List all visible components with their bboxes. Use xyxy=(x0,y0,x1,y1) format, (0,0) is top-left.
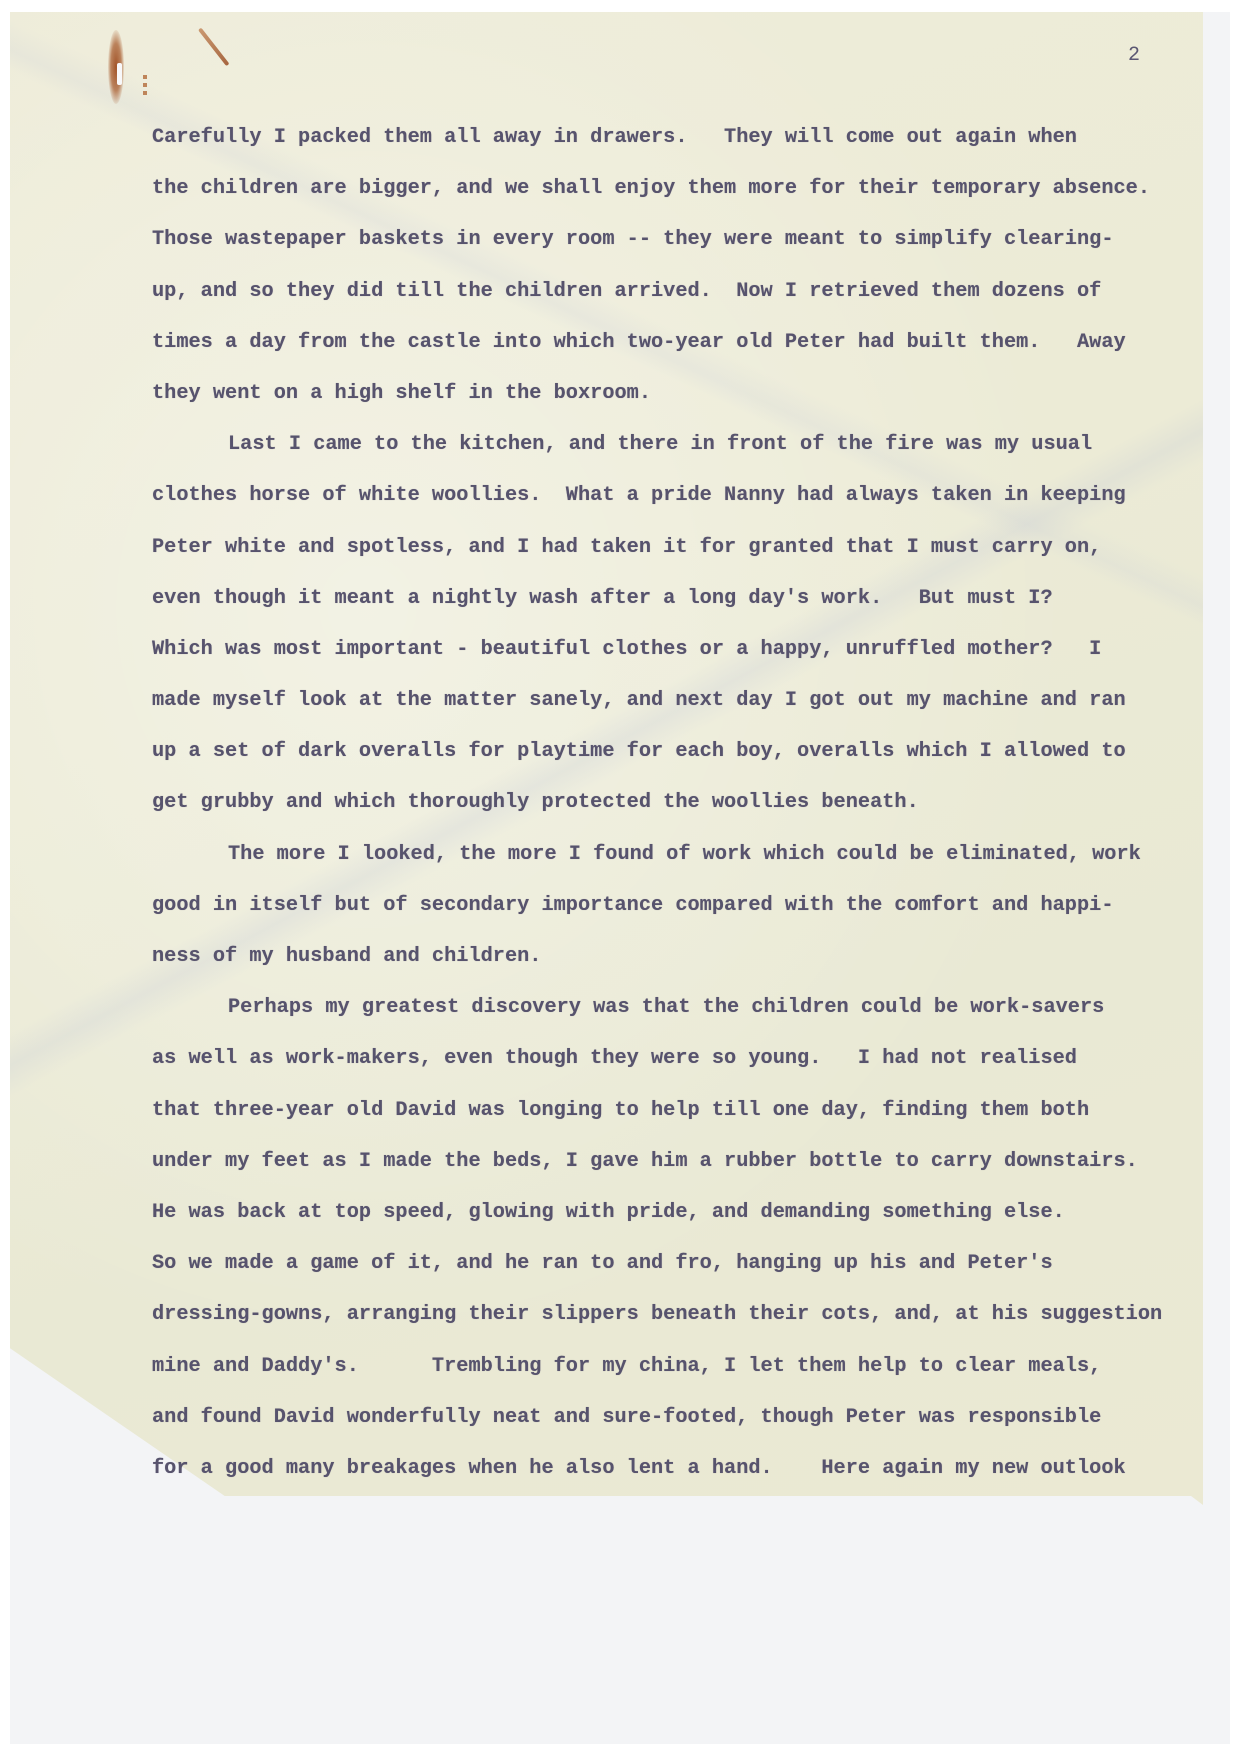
text-line: made myself look at the matter sanely, a… xyxy=(152,675,1212,726)
text-line: dressing-gowns, arranging their slippers… xyxy=(152,1289,1212,1340)
text-line: Those wastepaper baskets in every room -… xyxy=(152,214,1212,265)
text-line: that three-year old David was longing to… xyxy=(152,1085,1212,1136)
text-line: they went on a high shelf in the boxroom… xyxy=(152,368,1212,419)
text-line: as well as work-makers, even though they… xyxy=(152,1033,1212,1084)
text-line: get grubby and which thoroughly protecte… xyxy=(152,777,1212,828)
text-line: The more I looked, the more I found of w… xyxy=(152,829,1212,880)
text-line: times a day from the castle into which t… xyxy=(152,317,1212,368)
typescript-body: Carefully I packed them all away in draw… xyxy=(152,112,1212,1494)
text-line: Last I came to the kitchen, and there in… xyxy=(152,419,1212,470)
text-line: mine and Daddy's. Trembling for my china… xyxy=(152,1341,1212,1392)
text-line: He was back at top speed, glowing with p… xyxy=(152,1187,1212,1238)
text-line: good in itself but of secondary importan… xyxy=(152,880,1212,931)
text-line: ness of my husband and children. xyxy=(152,931,1212,982)
text-line: the children are bigger, and we shall en… xyxy=(152,163,1212,214)
page-number: 2 xyxy=(1128,44,1140,67)
staple-hole-mark xyxy=(117,63,122,85)
text-line: Which was most important - beautiful clo… xyxy=(152,624,1212,675)
rust-dots-mark xyxy=(143,75,147,97)
text-line: up, and so they did till the children ar… xyxy=(152,266,1212,317)
text-line: up a set of dark overalls for playtime f… xyxy=(152,726,1212,777)
text-line: Peter white and spotless, and I had take… xyxy=(152,522,1212,573)
text-line: Carefully I packed them all away in draw… xyxy=(152,112,1212,163)
text-line: for a good many breakages when he also l… xyxy=(152,1443,1212,1494)
text-line: under my feet as I made the beds, I gave… xyxy=(152,1136,1212,1187)
text-line: clothes horse of white woollies. What a … xyxy=(152,470,1212,521)
text-line: Perhaps my greatest discovery was that t… xyxy=(152,982,1212,1033)
text-line: and found David wonderfully neat and sur… xyxy=(152,1392,1212,1443)
text-line: So we made a game of it, and he ran to a… xyxy=(152,1238,1212,1289)
text-line: even though it meant a nightly wash afte… xyxy=(152,573,1212,624)
